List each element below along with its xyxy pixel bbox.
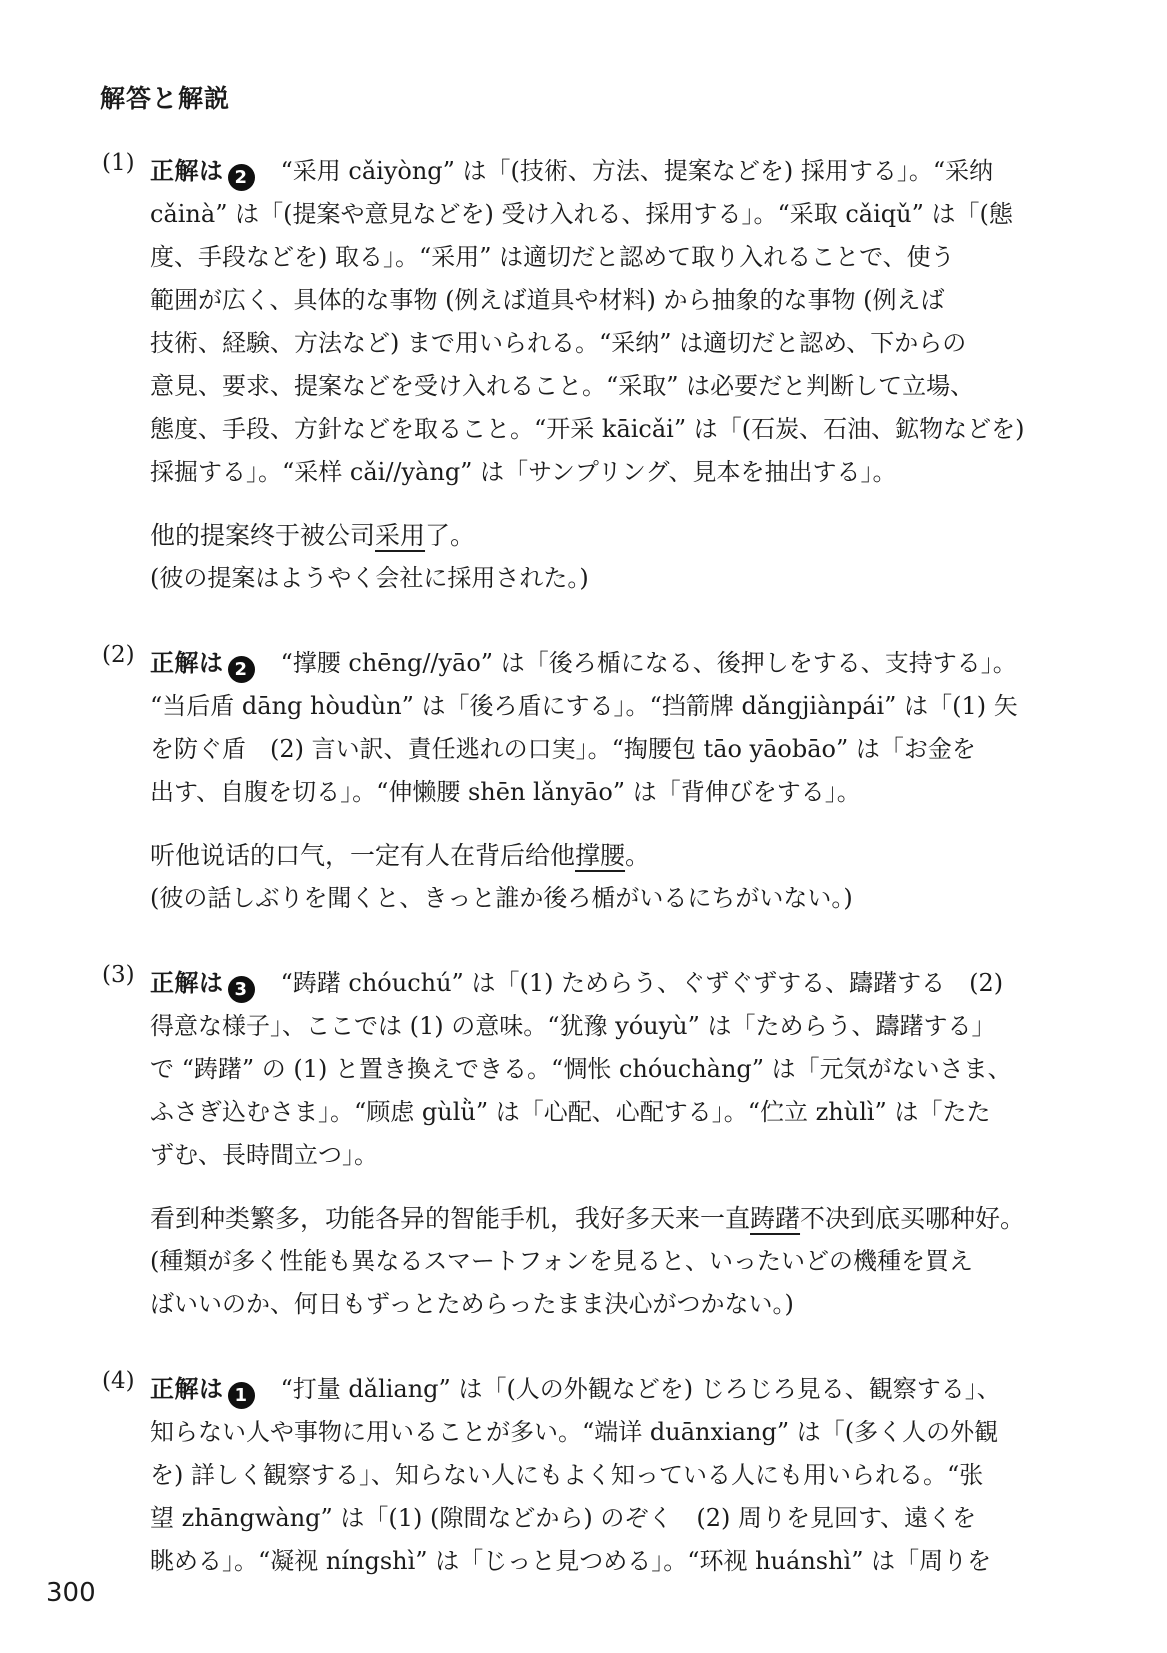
page-heading: 解答と解説 [100, 0, 1167, 114]
body-line: cǎinà” は「(提案や意見などを) 受け入れる、採用する」。“采取 cǎiq… [150, 193, 1071, 236]
body-line: を防ぐ盾 (2) 言い訳、責任逃れの口実」。“掏腰包 tāo yāobāo” は… [150, 728, 1071, 771]
body-line: ずむ、長時間立つ」。 [150, 1134, 1071, 1177]
answer-statement: 正解は2 [150, 649, 255, 677]
page-number: 300 [46, 1578, 96, 1608]
example-translation: (彼の話しぶりを聞くと、きっと誰か後ろ楯がいるにちがいない。) [150, 877, 1071, 920]
body-line: 得意な様子」、ここでは (1) の意味。“犹豫 yóuyù” は「ためらう、躊躇… [150, 1005, 1071, 1048]
section-body: “当后盾 dāng hòudùn” は「後ろ盾にする」。“挡箭牌 dǎngjià… [150, 685, 1071, 814]
book-page: 解答と解説 (1) 正解は2“采用 cǎiyòng” は「(技術、方法、提案など… [0, 0, 1167, 1653]
body-first-line-text: “打量 dǎliang” は「(人の外観などを) じろじろ見る、観察する」、 [281, 1375, 1001, 1403]
example-chinese-post: 不决到底买哪种好。 [800, 1204, 1025, 1233]
answer-label: 正解は [150, 157, 224, 185]
section-number: (4) [102, 1368, 135, 1394]
answer-choice-badge: 2 [228, 164, 255, 191]
answer-statement: 正解は1 [150, 1375, 255, 1403]
section-number: (2) [102, 642, 135, 668]
body-first-line-text: “撑腰 chēng//yāo” は「後ろ楯になる、後押しをする、支持する」。 [281, 649, 1017, 677]
body-line: 採掘する」。“采样 cǎi//yàng” は「サンプリング、見本を抽出する」。 [150, 451, 1071, 494]
body-line: 技術、経験、方法など) まで用いられる。“采纳” は適切だと認め、下からの [150, 322, 1071, 365]
body-first-line-text: “踌躇 chóuchú” は「(1) ためらう、ぐずぐずする、躊躇する (2) [281, 969, 1004, 997]
body-line: 望 zhāngwàng” は「(1) (隙間などから) のぞく (2) 周りを見… [150, 1497, 1071, 1540]
example-translation-line: (彼の話しぶりを聞くと、きっと誰か後ろ楯がいるにちがいない。) [150, 877, 1071, 920]
example-translation-line: ばいいのか、何日もずっとためらったまま決心がつかない。) [150, 1283, 1071, 1326]
answer-section: (3) 正解は3“踌躇 chóuchú” は「(1) ためらう、ぐずぐずする、躊… [150, 962, 1071, 1326]
body-line: を) 詳しく観察する」、知らない人にもよく知っている人にも用いられる。“张 [150, 1454, 1071, 1497]
answer-statement: 正解は2 [150, 157, 255, 185]
body-line: 出す、自腹を切る」。“伸懒腰 shēn lǎnyāo” は「背伸びをする」。 [150, 771, 1071, 814]
section-body: 得意な様子」、ここでは (1) の意味。“犹豫 yóuyù” は「ためらう、躊躇… [150, 1005, 1071, 1177]
example-underlined-word: 撑腰 [575, 841, 625, 870]
body-line: “当后盾 dāng hòudùn” は「後ろ盾にする」。“挡箭牌 dǎngjià… [150, 685, 1071, 728]
body-line: 意見、要求、提案などを受け入れること。“采取” は必要だと判断して立場、 [150, 365, 1071, 408]
example-underlined-word: 踌躇 [750, 1204, 800, 1233]
section-number: (1) [102, 150, 135, 176]
example-sentence-chinese: 他的提案终于被公司采用了。 [150, 514, 1071, 557]
body-line: 範囲が広く、具体的な事物 (例えば道具や材料) から抽象的な事物 (例えば [150, 279, 1071, 322]
body-first-line: 正解は2“撑腰 chēng//yāo” は「後ろ楯になる、後押しをする、支持する… [150, 642, 1071, 685]
body-line: ふさぎ込むさま」。“顾虑 gùlǜ” は「心配、心配する」。“伫立 zhùlì”… [150, 1091, 1071, 1134]
example-translation: (彼の提案はようやく会社に採用された。) [150, 557, 1071, 600]
example-chinese-post: 了。 [425, 521, 475, 550]
example-chinese-pre: 看到种类繁多，功能各异的智能手机，我好多天来一直 [150, 1204, 750, 1233]
answer-choice-badge: 3 [228, 976, 255, 1003]
example-translation-line: (種類が多く性能も異なるスマートフォンを見ると、いったいどの機種を買え [150, 1240, 1071, 1283]
answer-statement: 正解は3 [150, 969, 255, 997]
answer-section: (1) 正解は2“采用 cǎiyòng” は「(技術、方法、提案などを) 採用す… [150, 150, 1071, 600]
sections: (1) 正解は2“采用 cǎiyòng” は「(技術、方法、提案などを) 採用す… [0, 150, 1167, 1583]
body-line: 知らない人や事物に用いることが多い。“端详 duānxiang” は「(多く人の… [150, 1411, 1071, 1454]
section-body: cǎinà” は「(提案や意見などを) 受け入れる、採用する」。“采取 cǎiq… [150, 193, 1071, 494]
answer-label: 正解は [150, 1375, 224, 1403]
body-line: で “踌躇” の (1) と置き換えできる。“惆怅 chóuchàng” は「元… [150, 1048, 1071, 1091]
answer-label: 正解は [150, 969, 224, 997]
example-chinese-pre: 听他说话的口气，一定有人在背后给他 [150, 841, 575, 870]
section-body: 知らない人や事物に用いることが多い。“端详 duānxiang” は「(多く人の… [150, 1411, 1071, 1583]
example-translation-line: (彼の提案はようやく会社に採用された。) [150, 557, 1071, 600]
body-line: 態度、手段、方針などを取ること。“开采 kāicǎi” は「(石炭、石油、鉱物な… [150, 408, 1071, 451]
answer-section: (2) 正解は2“撑腰 chēng//yāo” は「後ろ楯になる、後押しをする、… [150, 642, 1071, 920]
example-block: 他的提案终于被公司采用了。 (彼の提案はようやく会社に採用された。) [150, 514, 1071, 600]
answer-label: 正解は [150, 649, 224, 677]
answer-choice-badge: 2 [228, 656, 255, 683]
example-translation: (種類が多く性能も異なるスマートフォンを見ると、いったいどの機種を買えばいいのか… [150, 1240, 1071, 1326]
body-first-line: 正解は3“踌躇 chóuchú” は「(1) ためらう、ぐずぐずする、躊躇する … [150, 962, 1071, 1005]
example-chinese-post: 。 [625, 841, 650, 870]
body-line: 度、手段などを) 取る」。“采用” は適切だと認めて取り入れることで、使う [150, 236, 1071, 279]
answer-choice-badge: 1 [228, 1382, 255, 1409]
example-block: 听他说话的口气，一定有人在背后给他撑腰。 (彼の話しぶりを聞くと、きっと誰か後ろ… [150, 834, 1071, 920]
body-first-line: 正解は1“打量 dǎliang” は「(人の外観などを) じろじろ見る、観察する… [150, 1368, 1071, 1411]
example-sentence-chinese: 看到种类繁多，功能各异的智能手机，我好多天来一直踌躇不决到底买哪种好。 [150, 1197, 1071, 1240]
example-underlined-word: 采用 [375, 521, 425, 550]
example-sentence-chinese: 听他说话的口气，一定有人在背后给他撑腰。 [150, 834, 1071, 877]
answer-section: (4) 正解は1“打量 dǎliang” は「(人の外観などを) じろじろ見る、… [150, 1368, 1071, 1583]
body-line: 眺める」。“凝视 níngshì” は「じっと見つめる」。“环视 huánshì… [150, 1540, 1071, 1583]
body-first-line: 正解は2“采用 cǎiyòng” は「(技術、方法、提案などを) 採用する」。“… [150, 150, 1071, 193]
section-number: (3) [102, 962, 135, 988]
example-block: 看到种类繁多，功能各异的智能手机，我好多天来一直踌躇不决到底买哪种好。 (種類が… [150, 1197, 1071, 1326]
body-first-line-text: “采用 cǎiyòng” は「(技術、方法、提案などを) 採用する」。“采纳 [281, 157, 994, 185]
example-chinese-pre: 他的提案终于被公司 [150, 521, 375, 550]
